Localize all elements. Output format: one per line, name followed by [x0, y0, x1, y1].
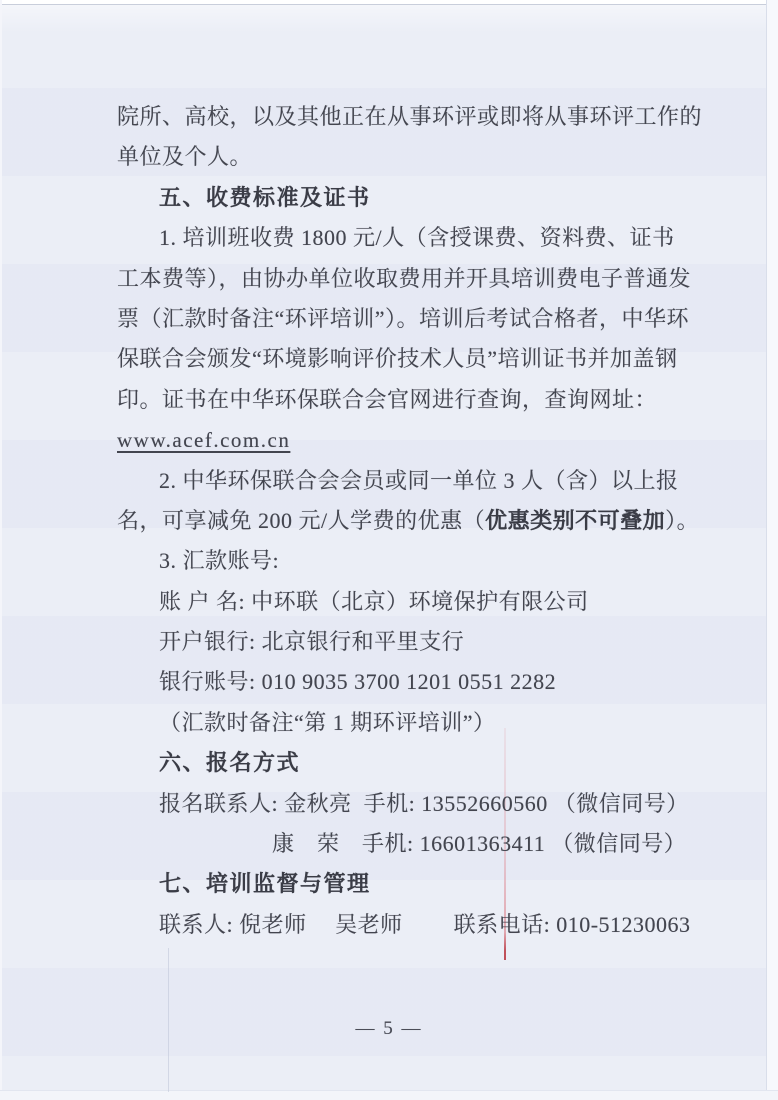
- scan-edge-left: [0, 0, 2, 1100]
- section-heading-signup: 六、报名方式: [117, 743, 697, 783]
- document-body: 院所、高校，以及其他正在从事环评或即将从事环评工作的 单位及个人。 五、收费标准…: [117, 97, 697, 945]
- fee-item1-line: 保联合会颁发“环境影响评价技术人员”培训证书并加盖钢: [117, 339, 697, 379]
- scan-edge-right: [766, 0, 778, 1100]
- intro-paragraph-line: 单位及个人。: [117, 137, 697, 177]
- scanned-document-page: 院所、高校，以及其他正在从事环评或即将从事环评工作的 单位及个人。 五、收费标准…: [0, 0, 778, 1100]
- scan-edge-bottom: [0, 1090, 778, 1100]
- fee-item2-line: 2. 中华环保联合会会员或同一单位 3 人（含）以上报: [117, 461, 697, 501]
- account-number-line: 银行账号: 010 9035 3700 1201 0551 2282: [117, 662, 697, 702]
- fee-item1-line: 印。证书在中华环保联合会官网进行查询，查询网址：: [117, 380, 697, 420]
- section-heading-supervision: 七、培训监督与管理: [117, 864, 697, 904]
- remit-remark-line: （汇款时备注“第 1 期环评培训”）: [117, 703, 697, 743]
- fee-item1-line: 票（汇款时备注“环评培训”）。培训后考试合格者，中华环: [117, 299, 697, 339]
- scan-edge-top: [0, 0, 778, 5]
- account-name-line: 账 户 名: 中环联（北京）环境保护有限公司: [117, 582, 697, 622]
- website-line: www.acef.com.cn: [117, 420, 697, 460]
- signup-contact-line: 康 荣 手机: 16601363411 （微信同号）: [117, 824, 697, 864]
- discount-text-end: ）。: [665, 508, 699, 533]
- signup-contact-line: 报名联系人: 金秋亮 手机: 13552660560 （微信同号）: [117, 784, 697, 824]
- fee-item1-line: 工本费等），由协办单位收取费用并开具培训费电子普通发: [117, 259, 697, 299]
- discount-text: 名，可享减免 200 元/人学费的优惠（: [117, 508, 485, 533]
- bank-line: 开户银行: 北京银行和平里支行: [117, 622, 697, 662]
- fee-item1-line: 1. 培训班收费 1800 元/人（含授课费、资料费、证书: [117, 218, 697, 258]
- intro-paragraph-line: 院所、高校，以及其他正在从事环评或即将从事环评工作的: [117, 97, 697, 137]
- page-number: — 5 —: [0, 1014, 778, 1044]
- fee-item2-line: 名，可享减免 200 元/人学费的优惠（优惠类别不可叠加）。: [117, 501, 697, 541]
- discount-bold-note: 优惠类别不可叠加: [485, 508, 665, 533]
- section-heading-fee: 五、收费标准及证书: [117, 178, 697, 218]
- supervision-contact-line: 联系人: 倪老师 吴老师 联系电话: 010-51230063: [117, 905, 697, 945]
- remit-account-heading: 3. 汇款账号:: [117, 541, 697, 581]
- website-url: www.acef.com.cn: [117, 428, 290, 452]
